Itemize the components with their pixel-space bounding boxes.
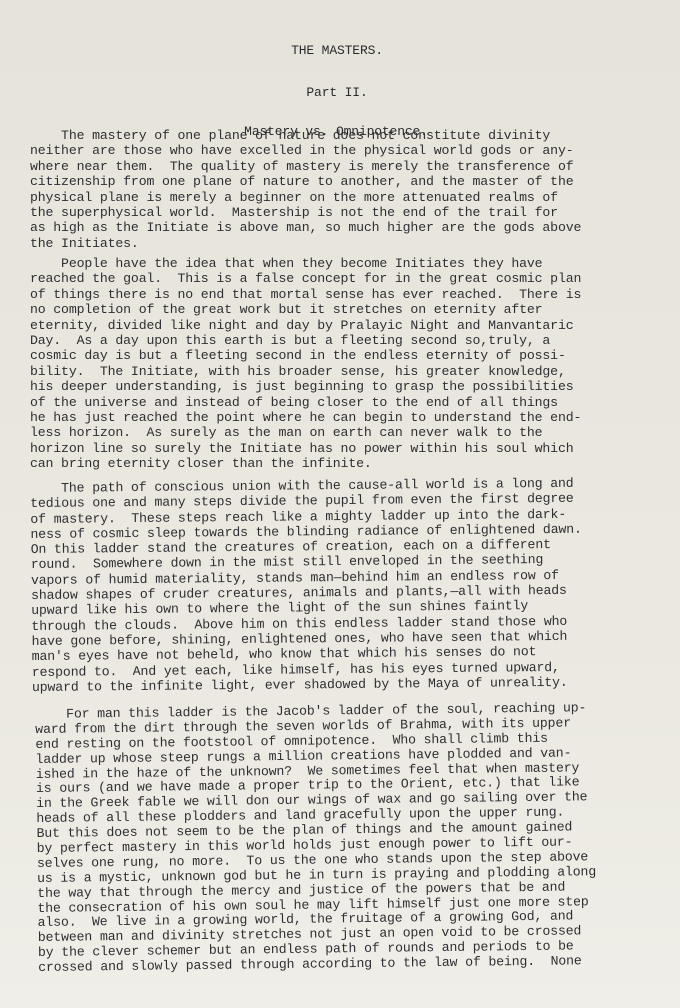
text-line: bility. The Initiate, with his broader s…	[30, 364, 670, 379]
text-line: cosmic day is but a fleeting second in t…	[30, 348, 670, 363]
paragraph-3: The path of conscious union with the cau…	[30, 475, 672, 695]
text-line: The mastery of one plane of nature does …	[30, 128, 670, 143]
manuscript-page: THE MASTERS. Part II. Mastery vs. Omnipo…	[0, 0, 680, 1008]
text-line: where near them. The quality of mastery …	[30, 159, 670, 174]
text-line: Day. As a day upon this earth is but a f…	[30, 333, 670, 348]
text-line: eternity, divided like night and day by …	[30, 318, 670, 333]
text-line: can bring eternity closer than the infin…	[30, 456, 670, 471]
text-line: his deeper understanding, is just beginn…	[30, 379, 670, 394]
text-line: of things there is no end that mortal se…	[30, 287, 670, 302]
document-title: THE MASTERS.	[0, 43, 677, 58]
text-line: of the universe and instead of being clo…	[30, 395, 670, 410]
text-line: neither are those who have excelled in t…	[30, 143, 670, 158]
part-heading: Part II.	[0, 85, 677, 100]
text-line: horizon line so surely the Initiate has …	[30, 441, 670, 456]
text-line: citizenship from one plane of nature to …	[30, 174, 670, 189]
text-line: physical plane is merely a beginner on t…	[30, 190, 670, 205]
text-line: the Initiates.	[30, 236, 670, 251]
text-line: no completion of the great work but it s…	[30, 302, 670, 317]
text-line: People have the idea that when they beco…	[30, 256, 670, 271]
paragraph-4: For man this ladder is the Jacob's ladde…	[35, 700, 678, 976]
text-line: reached the goal. This is a false concep…	[30, 271, 670, 286]
text-line: he has just reached the point where he c…	[30, 410, 670, 425]
text-line: as high as the Initiate is above man, so…	[30, 220, 670, 235]
text-line: the superphysical world. Mastership is n…	[30, 205, 670, 220]
text-line: less horizon. As surely as the man on ea…	[30, 425, 670, 440]
paragraph-1: The mastery of one plane of nature does …	[30, 128, 670, 251]
paragraph-2: People have the idea that when they beco…	[30, 256, 670, 471]
